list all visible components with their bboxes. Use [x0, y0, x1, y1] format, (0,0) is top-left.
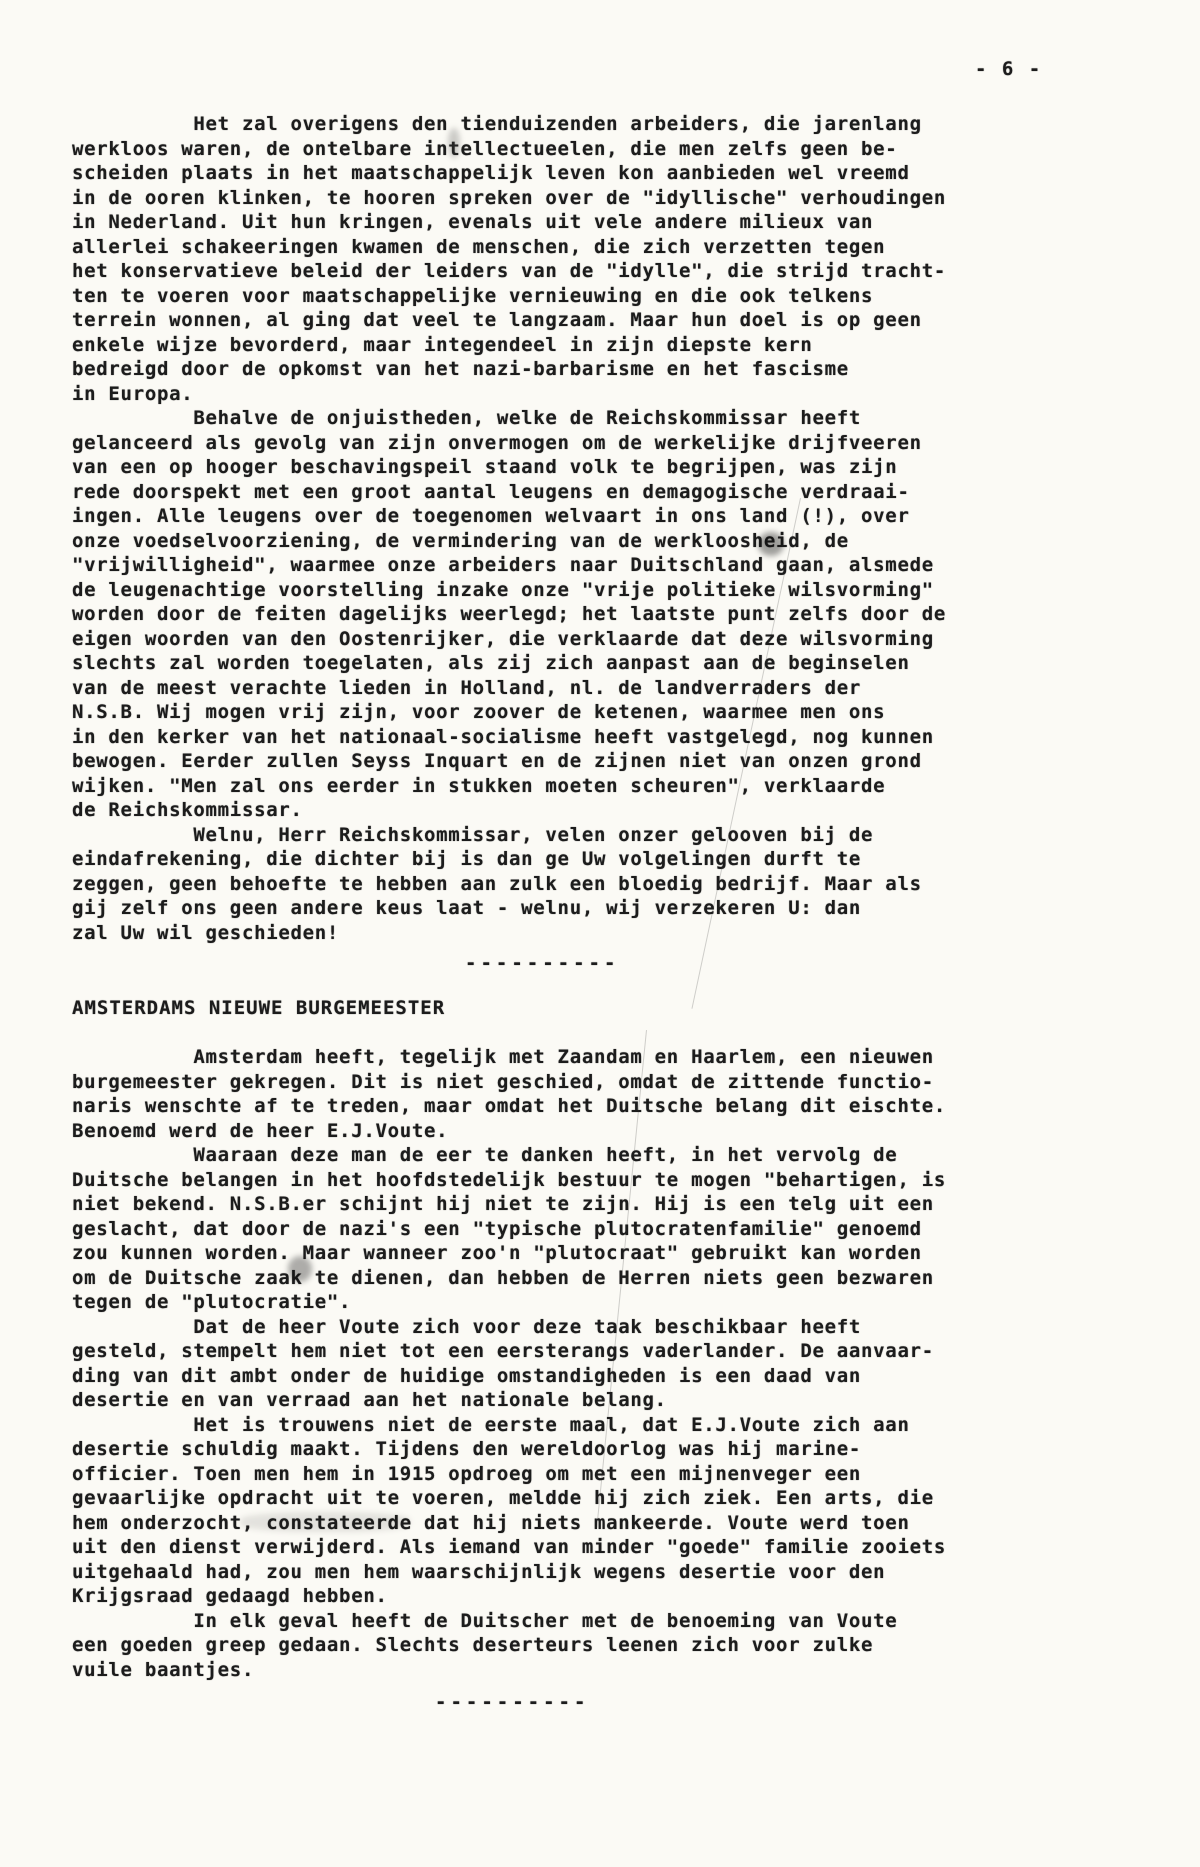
ink-smudge	[758, 532, 784, 556]
paragraph-workers-idyll: Het zal overigens den tienduizenden arbe…	[72, 112, 1132, 406]
paragraph-welnu-reichskommissar: Welnu, Herr Reichskommissar, velen onzer…	[72, 823, 1132, 946]
paragraph-plutocrat-family: Waaraan deze man de eer te danken heeft,…	[72, 1143, 1132, 1315]
section-heading-burgemeester: AMSTERDAMS NIEUWE BURGEMEESTER	[72, 996, 1132, 1021]
paragraph-new-mayor: Amsterdam heeft, tegelijk met Zaandam en…	[72, 1045, 1132, 1143]
paragraph-voute-1915: Het is trouwens niet de eerste maal, dat…	[72, 1413, 1132, 1609]
paragraph-reichskommissar-lies: Behalve de onjuistheden, welke de Reichs…	[72, 406, 1132, 823]
ink-smudge	[240, 1512, 410, 1532]
ink-smudge	[288, 1256, 312, 1282]
ink-smudge	[448, 128, 460, 158]
dashed-separator-bottom: ----------	[435, 1690, 1132, 1715]
dashed-separator: ----------	[465, 951, 1132, 976]
page-number: - 6 -	[975, 58, 1042, 80]
paragraph-good-catch: In elk geval heeft de Duitscher met de b…	[72, 1609, 1132, 1683]
paragraph-desertion-betrayal: Dat de heer Voute zich voor deze taak be…	[72, 1315, 1132, 1413]
scanned-document-page: - 6 - Het zal overigens den tienduizende…	[0, 0, 1200, 1867]
